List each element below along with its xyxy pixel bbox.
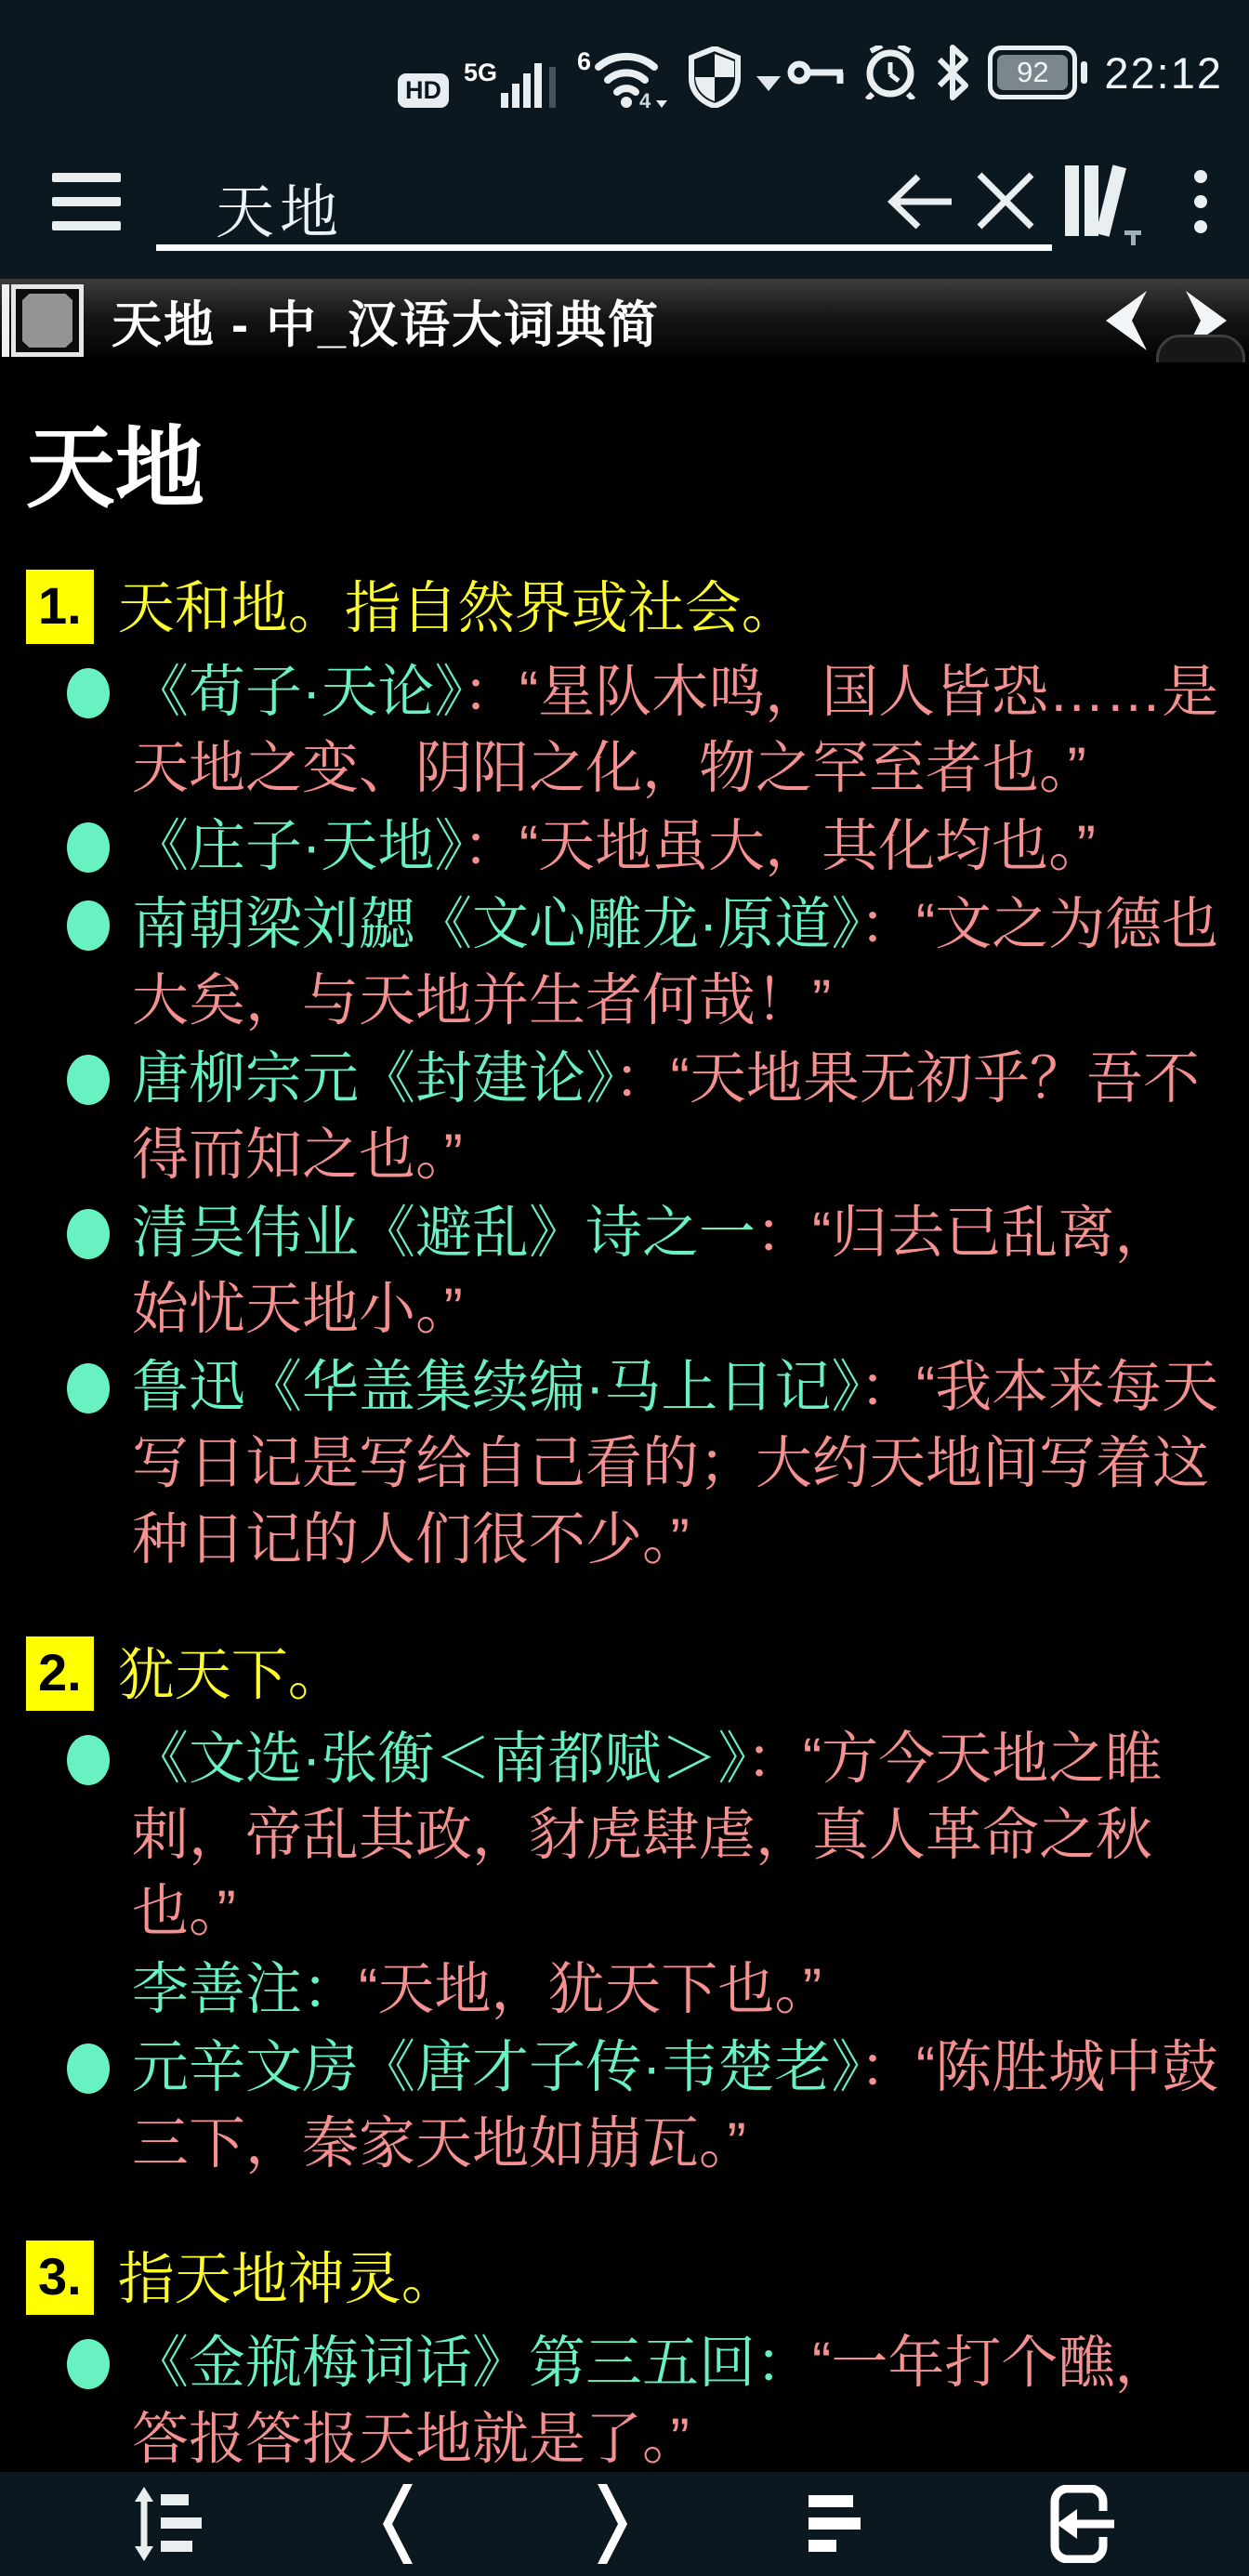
clock-time: 22:12 [1104,47,1223,99]
status-left-cluster: HD 5G 6 [398,46,781,108]
bullet-icon [67,822,110,873]
quote-item: 南朝梁刘勰《文心雕龙·原道》：“文之为德也大矣，与天地并生者何哉！” [26,886,1221,1038]
quote-source: 《金瓶梅词话》第三五回： [132,2331,812,2394]
entries: 1. 天和地。指自然界或社会。 《荀子·天论》：“星队木鸣，国人皆恐……是天地之… [26,570,1221,2472]
bluetooth-icon [934,45,971,100]
status-right-cluster: 92 22:12 [787,45,1223,100]
wifi-generation-label: 6 [577,47,591,76]
overflow-menu-icon[interactable] [1193,169,1208,234]
quote-list: 《荀子·天论》：“星队木鸣，国人皆恐……是天地之变、阴阳之化，物之罕至者也。” … [26,653,1221,1577]
quote-text: 清吴伟业《避乱》诗之一：“归去已乱离，始忧天地小。” [132,1194,1221,1347]
quote-item: 李善注：“天地，犹天下也。” [26,1951,1221,2027]
quote-text: 元辛文房《唐才子传·韦楚老》：“陈胜城中鼓三下，秦家天地如崩瓦。” [132,2029,1221,2181]
article-content: 天地 1. 天和地。指自然界或社会。 《荀子·天论》：“星队木鸣，国人皆恐……是… [0,362,1249,2472]
prev-article-icon[interactable] [1098,285,1154,356]
quote-source: 清吴伟业《避乱》诗之一 [132,1201,756,1264]
definition-entry: 1. 天和地。指自然界或社会。 《荀子·天论》：“星队木鸣，国人皆恐……是天地之… [26,570,1221,1577]
quote-body: “天地，犹天下也。” [359,1957,822,2020]
chevron-left-icon[interactable] [375,2484,420,2564]
definition-text: 犹天下。 [118,1636,345,1713]
scroll-position-icon[interactable] [131,2487,205,2561]
definition-text: 天和地。指自然界或社会。 [118,570,798,646]
status-bar: HD 5G 6 [0,0,1249,149]
quote-item: 《庄子·天地》：“天地虽大，其化均也。” [26,808,1221,884]
hd-badge: HD [398,73,449,108]
top-bar: HD 5G 6 [0,0,1249,279]
quote-source: 《文选·张衡＜南都赋＞》 [132,1727,746,1790]
quote-list: 《文选·张衡＜南都赋＞》：“方今天地之睢剌，帝乱其政，豺虎肆虐，真人革命之秋也。… [26,1720,1221,2181]
quote-item: 《文选·张衡＜南都赋＞》：“方今天地之睢剌，帝乱其政，豺虎肆虐，真人革命之秋也。… [26,1720,1221,1949]
close-icon[interactable] [976,171,1035,230]
quote-text: 《荀子·天论》：“星队木鸣，国人皆恐……是天地之变、阴阳之化，物之罕至者也。” [132,653,1221,806]
dictionary-app: HD 5G 6 [0,0,1249,2576]
definition-number: 3. [26,2241,94,2315]
quote-source: 鲁迅《华盖集续编·马上日记》 [132,1355,860,1418]
quote-list: 《金瓶梅词话》第三五回：“一年打个醮，答报答报天地就是了。” [26,2324,1221,2472]
quote-source: 南朝梁刘勰《文心雕龙·原道》 [132,892,860,955]
quote-text: 《金瓶梅词话》第三五回：“一年打个醮，答报答报天地就是了。” [132,2324,1221,2472]
quote-text: 鲁迅《华盖集续编·马上日记》：“我本来每天写日记是写给自己看的；大约天地间写着这… [132,1348,1221,1577]
shield-icon [688,46,742,108]
dictionary-icon [11,284,84,357]
bullet-icon [67,668,110,718]
bullet-icon [67,900,110,951]
quote-source: 元辛文房《唐才子传·韦楚老》 [132,2035,860,2098]
list-bars-icon[interactable] [805,2491,870,2556]
dropdown-triangle-icon [756,76,781,91]
definition-text: 指天地神灵。 [118,2241,458,2317]
chevron-right-icon[interactable] [590,2484,635,2564]
battery-icon: 92 [988,46,1087,99]
quote-item: 《荀子·天论》：“星队木鸣，国人皆恐……是天地之变、阴阳之化，物之罕至者也。” [26,653,1221,806]
bullet-icon [67,1735,110,1785]
definition-number: 2. [26,1636,94,1711]
library-icon[interactable] [1059,162,1156,251]
back-arrow-icon[interactable] [885,165,957,238]
dictionary-icon [2,284,9,357]
quote-text: 《文选·张衡＜南都赋＞》：“方今天地之睢剌，帝乱其政，豺虎肆虐，真人革命之秋也。… [132,1720,1221,1949]
signal-bars-icon: 5G [464,50,562,108]
exit-icon[interactable] [1040,2485,1118,2563]
search-input[interactable]: 天地 [216,165,344,250]
search-input-underline [156,244,1052,251]
quote-text: 南朝梁刘勰《文心雕龙·原道》：“文之为德也大矣，与天地并生者何哉！” [132,886,1221,1038]
network-label: 5G [464,59,497,87]
quote-source: 《荀子·天论》 [132,660,463,723]
search-bar: 天地 [0,149,1249,279]
wifi-sub-label: 4 [639,89,651,108]
quote-item: 元辛文房《唐才子传·韦楚老》：“陈胜城中鼓三下，秦家天地如崩瓦。” [26,2029,1221,2181]
bullet-icon [67,2339,110,2389]
quote-source: 唐柳宗元《封建论》 [132,1046,614,1110]
quote-text: 《庄子·天地》：“天地虽大，其化均也。” [132,808,1221,884]
quote-source: 李善注： [132,1957,359,2020]
dictionary-title: 天地 - 中_汉语大词典简 [112,285,660,357]
bullet-icon [67,1209,110,1259]
quote-body: ：“天地虽大，其化均也。” [463,814,1096,877]
definition-entry: 2. 犹天下。 《文选·张衡＜南都赋＞》：“方今天地之睢剌，帝乱其政，豺虎肆虐，… [26,1636,1221,2181]
quote-item: 《金瓶梅词话》第三五回：“一年打个醮，答报答报天地就是了。” [26,2324,1221,2472]
key-icon [787,52,847,93]
definition-number: 1. [26,570,94,644]
definition-entry: 3. 指天地神灵。 《金瓶梅词话》第三五回：“一年打个醮，答报答报天地就是了。” [26,2241,1221,2472]
quote-text: 李善注：“天地，犹天下也。” [132,1951,1221,2027]
quote-item: 唐柳宗元《封建论》：“天地果无初乎？吾不得而知之也。” [26,1040,1221,1192]
quote-source: 《庄子·天地》 [132,814,463,877]
bullet-icon [67,1055,110,1105]
dictionary-header: 天地 - 中_汉语大词典简 [0,279,1249,362]
battery-percent: 92 [997,55,1068,90]
quote-text: 唐柳宗元《封建论》：“天地果无初乎？吾不得而知之也。” [132,1040,1221,1192]
quote-item: 鲁迅《华盖集续编·马上日记》：“我本来每天写日记是写给自己看的；大约天地间写着这… [26,1348,1221,1577]
wifi-icon: 6 4 [577,46,673,108]
menu-icon[interactable] [52,173,121,230]
alarm-icon [863,46,917,99]
bullet-icon [67,2044,110,2094]
bottom-toolbar [0,2472,1249,2576]
bullet-icon [67,1363,110,1413]
headword: 天地 [26,398,1221,525]
quote-item: 清吴伟业《避乱》诗之一：“归去已乱离，始忧天地小。” [26,1194,1221,1347]
